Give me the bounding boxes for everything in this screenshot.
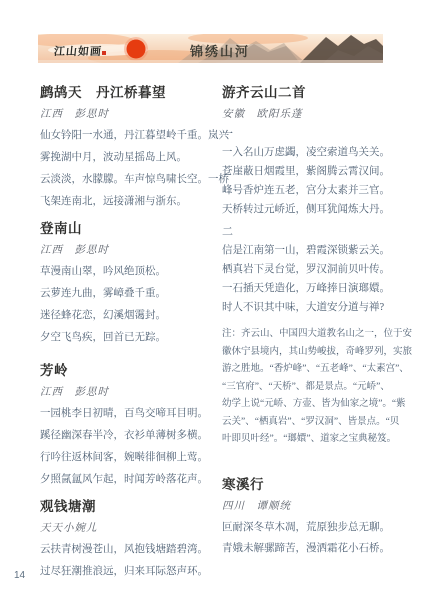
section-marker-two: 二 — [222, 223, 408, 241]
verse-line: 叵耐深冬草木凋，荒原独步总无聊。 — [222, 517, 408, 538]
verse-line: 夕空飞鸟疾，回首已无踪。 — [40, 327, 222, 349]
verse-line: 草漫南山翠，吟风绝顶松。 — [40, 261, 222, 283]
section-marker-one: 一 — [222, 125, 408, 143]
verse-line: 夕照氤氲风乍起，时闻芳岭落花声。 — [40, 469, 222, 491]
verse-line: 云萝连九曲，雾嶂叠千重。 — [40, 283, 222, 305]
poem-author: 安徽 欧阳乐蓬 — [222, 108, 408, 122]
poem-author: 四川 谭顺统 — [222, 500, 408, 514]
banner-title: 锦绣山河 — [190, 41, 250, 60]
verse-line: 蹊径幽深春半冷，衣衫单薄树多横。 — [40, 425, 222, 447]
poem-guanqiantangchao: 观钱塘潮 天天小婉儿 云扶青树漫苍山，风抱钱塘踏碧湾。 过尽狂潮推浪远，归来耳际… — [40, 499, 222, 583]
poem-title: 观钱塘潮 — [40, 499, 222, 515]
verse-line: 仙女钤阳一水通，丹江暮望岭千重。岚兴 — [40, 125, 222, 147]
verse-line: 栖真岩下灵台觉，罗汉洞前贝叶传。 — [222, 260, 408, 279]
verse-line: 一入名山万虑蠲，凌空索道鸟关关。 — [222, 143, 408, 162]
note-line: 叶即贝叶经”。“瑯嬛”、道家之宝典秘笈。 — [222, 431, 408, 449]
poem-title: 鹧鸪天 丹江桥暮望 — [40, 85, 222, 101]
poem-title: 芳岭 — [40, 363, 222, 379]
poem-note: 注：齐云山、中国四大道教名山之一，位于安 徽休宁县境内，其山势峻拔，奇峰罗列，实… — [222, 326, 408, 449]
note-line: “三官府”、“天桥”、都是景点。“元峤”、 — [222, 379, 408, 397]
poem-author: 天天小婉儿 — [40, 522, 222, 536]
page-number: 14 — [14, 570, 25, 581]
verse-line: 雾挽湖中月，波动星摇岛上风。 — [40, 147, 222, 169]
note-line: 注：齐云山、中国四大道教名山之一，位于安 — [222, 326, 408, 344]
verse-line: 迷径蜂花恋，幻溪烟霭封。 — [40, 305, 222, 327]
red-sun-icon — [127, 40, 146, 59]
poem-author: 江西 彭思时 — [40, 108, 222, 122]
verse-line: 云淡淡，水朦朦。车声惊鸟啸长空。一桥 — [40, 169, 222, 191]
verse-line: 一园桃李日初晴，百鸟交啼耳目明。 — [40, 403, 222, 425]
verse-line: 一石插天凭造化，万峰捧日演瑯嬛。 — [222, 279, 408, 298]
verse-line: 云扶青树漫苍山，风抱钱塘踏碧湾。 — [40, 539, 222, 561]
verse-line: 行吟往返林间客，婉啭徘徊柳上莺。 — [40, 447, 222, 469]
note-line: 游之胜地。“香炉峰”、“五老峰”、“太素宫”、 — [222, 361, 408, 379]
verse-line: 青娥未解骡蹄苦，漫洒霜花小石桥。 — [222, 538, 408, 559]
left-column: 鹧鸪天 丹江桥暮望 江西 彭思时 仙女钤阳一水通，丹江暮望岭千重。岚兴 雾挽湖中… — [40, 85, 222, 583]
poem-author: 江西 彭思时 — [40, 386, 222, 400]
verse-line: 信是江南第一山，碧霞深锁紫云关。 — [222, 241, 408, 260]
verse-line: 飞架连南北，远接潇湘与浙东。 — [40, 191, 222, 213]
banner-fade — [38, 60, 383, 63]
verse-line: 时人不识其中味，大道安分道与禅? — [222, 298, 408, 317]
verse-line: 苍崖蔽日烟霞里，紫阁腾云霄汉间。 — [222, 162, 408, 181]
poem-hanxixing: 寒溪行 四川 谭顺统 叵耐深冬草木凋，荒原独步总无聊。 青娥未解骡蹄苦，漫洒霜花… — [222, 477, 408, 559]
poem-zhegutian: 鹧鸪天 丹江桥暮望 江西 彭思时 仙女钤阳一水通，丹江暮望岭千重。岚兴 雾挽湖中… — [40, 85, 222, 213]
book-page: 江山如画 锦绣山河 鹧鸪天 丹江桥暮望 江西 彭思时 仙女钤阳一水通，丹江暮望岭… — [0, 0, 427, 600]
poem-title: 游齐云山二首 — [222, 85, 408, 101]
poem-you-qiyunshan: 游齐云山二首 安徽 欧阳乐蓬 一 一入名山万虑蠲，凌空索道鸟关关。 苍崖蔽日烟霞… — [222, 85, 408, 449]
poem-fangling: 芳岭 江西 彭思时 一园桃李日初晴，百鸟交啼耳目明。 蹊径幽深春半冷，衣衫单薄树… — [40, 363, 222, 491]
verse-line: 过尽狂潮推浪远，归来耳际怒声环。 — [40, 561, 222, 583]
poem-author: 江西 彭思时 — [40, 244, 222, 258]
note-line: 徽休宁县境内，其山势峻拔，奇峰罗列，实旅 — [222, 344, 408, 362]
header-banner: 江山如画 锦绣山河 — [38, 34, 383, 63]
calligraphy-left: 江山如画 — [53, 43, 102, 59]
poem-title: 登南山 — [40, 221, 222, 237]
note-line: 云关”、“栖真岩”、“罗汉洞”、皆景点。“贝 — [222, 414, 408, 432]
note-line: 幼学上说“元峤、方壶、皆为仙家之境”。“紫 — [222, 396, 408, 414]
poem-dengnanshan: 登南山 江西 彭思时 草漫南山翠，吟风绝顶松。 云萝连九曲，雾嶂叠千重。 迷径蜂… — [40, 221, 222, 349]
verse-line: 天桥转过元峤近，侧耳犹闻炼大丹。 — [222, 200, 408, 219]
poem-title: 寒溪行 — [222, 477, 408, 493]
seal-stamp-icon — [102, 51, 106, 55]
right-column: 游齐云山二首 安徽 欧阳乐蓬 一 一入名山万虑蠲，凌空索道鸟关关。 苍崖蔽日烟霞… — [222, 85, 408, 559]
verse-line: 峰号香炉连五老，宫分太素并三官。 — [222, 181, 408, 200]
